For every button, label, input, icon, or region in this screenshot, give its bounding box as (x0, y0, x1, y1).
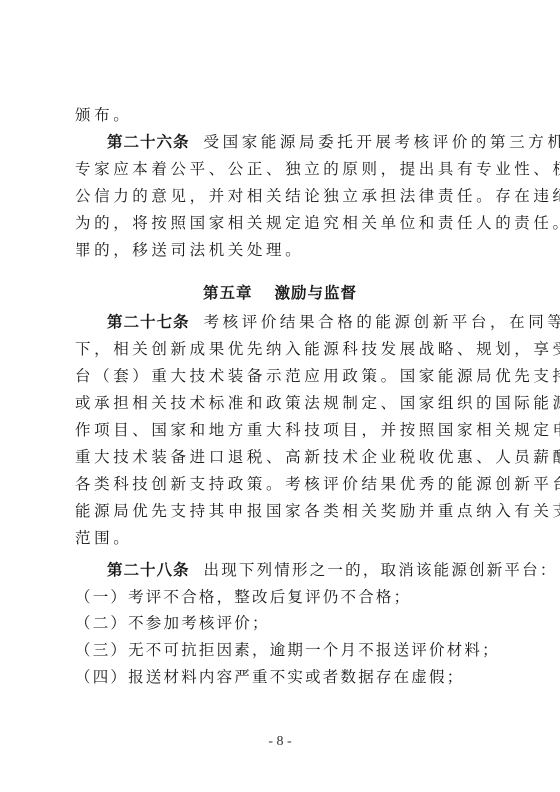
page-number: - 8 - (0, 734, 560, 750)
list-item: （二）不参加考核评价； (75, 613, 270, 633)
article-27-line: 台（套）重大技术装备示范应用政策。国家能源局优先支持其参与 (75, 366, 493, 386)
article-26-label: 第二十六条 (107, 133, 190, 151)
list-item: （三）无不可抗拒因素，逾期一个月不报送评价材料； (75, 640, 500, 660)
list-item: （四）报送材料内容严重不实或者数据存在虚假； (75, 667, 464, 687)
article-27-line: 或承担相关技术标准和政策法规制定、国家组织的国际能源技术合 (75, 393, 493, 413)
article-26-line: 公信力的意见，并对相关结论独立承担法律责任。存在违纪违法行 (75, 186, 493, 206)
list-item: （一）考评不合格，整改后复评仍不合格； (75, 587, 411, 607)
article-26-line: 专家应本着公平、公正、独立的原则，提出具有专业性、权威性和 (75, 159, 493, 179)
article-27-line: 范围。 (75, 528, 493, 548)
article-27-label: 第二十七条 (107, 313, 190, 331)
article-27-text: 考核评价结果合格的能源创新平台，在同等条件 (204, 313, 560, 331)
article-27-line: 能源局优先支持其申报国家各类相关奖励并重点纳入有关支持政策 (75, 501, 493, 521)
article-27-line: 下，相关创新成果优先纳入能源科技发展战略、规划，享受能源首 (75, 339, 493, 359)
article-26-first-line: 第二十六条受国家能源局委托开展考核评价的第三方机构和 (75, 132, 493, 152)
article-26-line: 为的，将按照国家相关规定追究相关单位和责任人的责任。涉嫌犯 (75, 213, 493, 233)
paragraph-line: 颁布。 (75, 105, 493, 125)
article-26-text: 受国家能源局委托开展考核评价的第三方机构和 (204, 133, 560, 151)
article-26-line: 罪的，移送司法机关处理。 (75, 240, 493, 260)
document-page: 颁布。 第二十六条受国家能源局委托开展考核评价的第三方机构和 专家应本着公平、公… (0, 0, 560, 792)
article-28-text: 出现下列情形之一的，取消该能源创新平台： (204, 561, 558, 579)
article-27-line: 各类科技创新支持政策。考核评价结果优秀的能源创新平台，国家 (75, 474, 493, 494)
article-28-first-line: 第二十八条出现下列情形之一的，取消该能源创新平台： (75, 560, 493, 580)
chapter-number: 第五章 (203, 284, 253, 302)
article-27-line: 作项目、国家和地方重大科技项目，并按照国家相关规定申请享受 (75, 420, 493, 440)
chapter-heading: 第五章激励与监督 (0, 281, 560, 303)
chapter-title: 激励与监督 (275, 284, 358, 302)
article-27-line: 重大技术装备进口退税、高新技术企业税收优惠、人员薪酬等国家 (75, 447, 493, 467)
article-27-first-line: 第二十七条考核评价结果合格的能源创新平台，在同等条件 (75, 312, 493, 332)
article-28-label: 第二十八条 (107, 561, 190, 579)
